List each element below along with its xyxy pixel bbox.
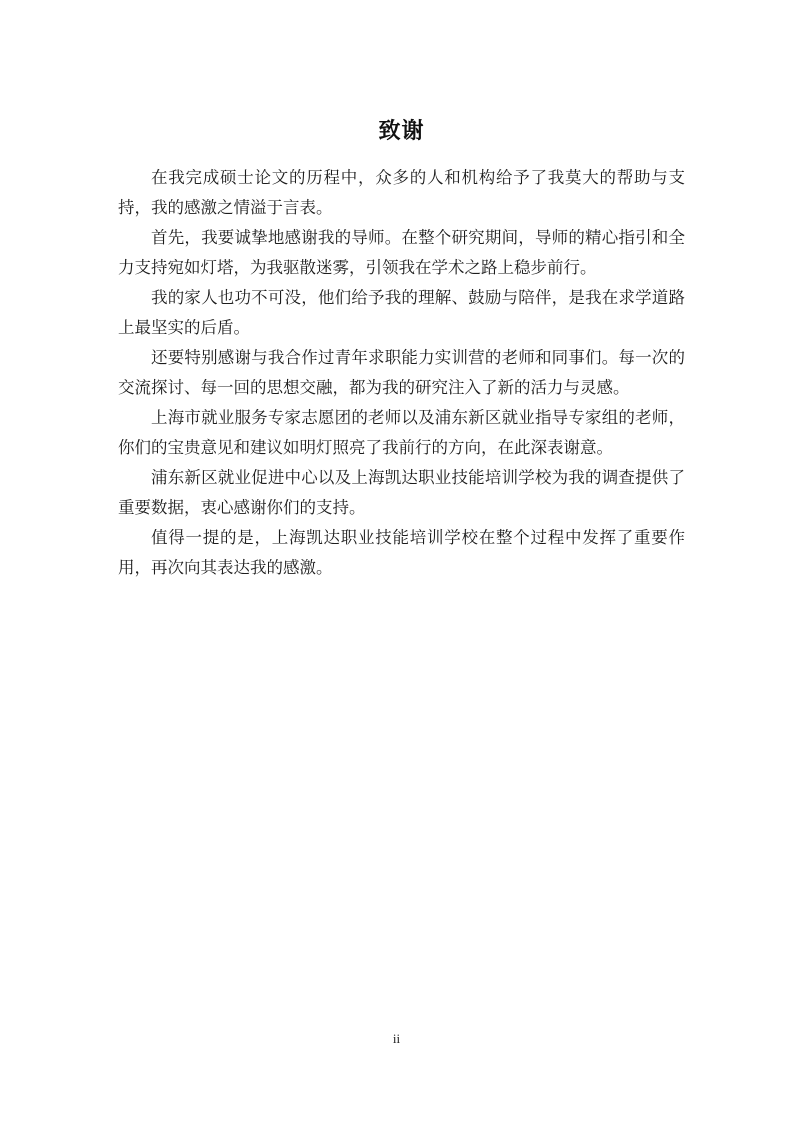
- paragraph: 我的家人也功不可没，他们给予我的理解、鼓励与陪伴，是我在求学道路上最坚实的后盾。: [118, 283, 685, 343]
- paragraph: 浦东新区就业促进中心以及上海凯达职业技能培训学校为我的调查提供了重要数据，衷心感…: [118, 463, 685, 523]
- paragraph: 值得一提的是，上海凯达职业技能培训学校在整个过程中发挥了重要作用，再次向其表达我…: [118, 523, 685, 583]
- paragraph: 首先，我要诚挚地感谢我的导师。在整个研究期间，导师的精心指引和全力支持宛如灯塔，…: [118, 223, 685, 283]
- document-body: 在我完成硕士论文的历程中，众多的人和机构给予了我莫大的帮助与支持，我的感激之情溢…: [118, 163, 685, 583]
- paragraph: 在我完成硕士论文的历程中，众多的人和机构给予了我莫大的帮助与支持，我的感激之情溢…: [118, 163, 685, 223]
- paragraph: 还要特别感谢与我合作过青年求职能力实训营的老师和同事们。每一次的交流探讨、每一回…: [118, 343, 685, 403]
- document-page: 致谢 在我完成硕士论文的历程中，众多的人和机构给予了我莫大的帮助与支持，我的感激…: [0, 0, 793, 1122]
- page-number: ii: [0, 1032, 793, 1046]
- paragraph: 上海市就业服务专家志愿团的老师以及浦东新区就业指导专家组的老师，你们的宝贵意见和…: [118, 403, 685, 463]
- page-title: 致谢: [118, 117, 685, 145]
